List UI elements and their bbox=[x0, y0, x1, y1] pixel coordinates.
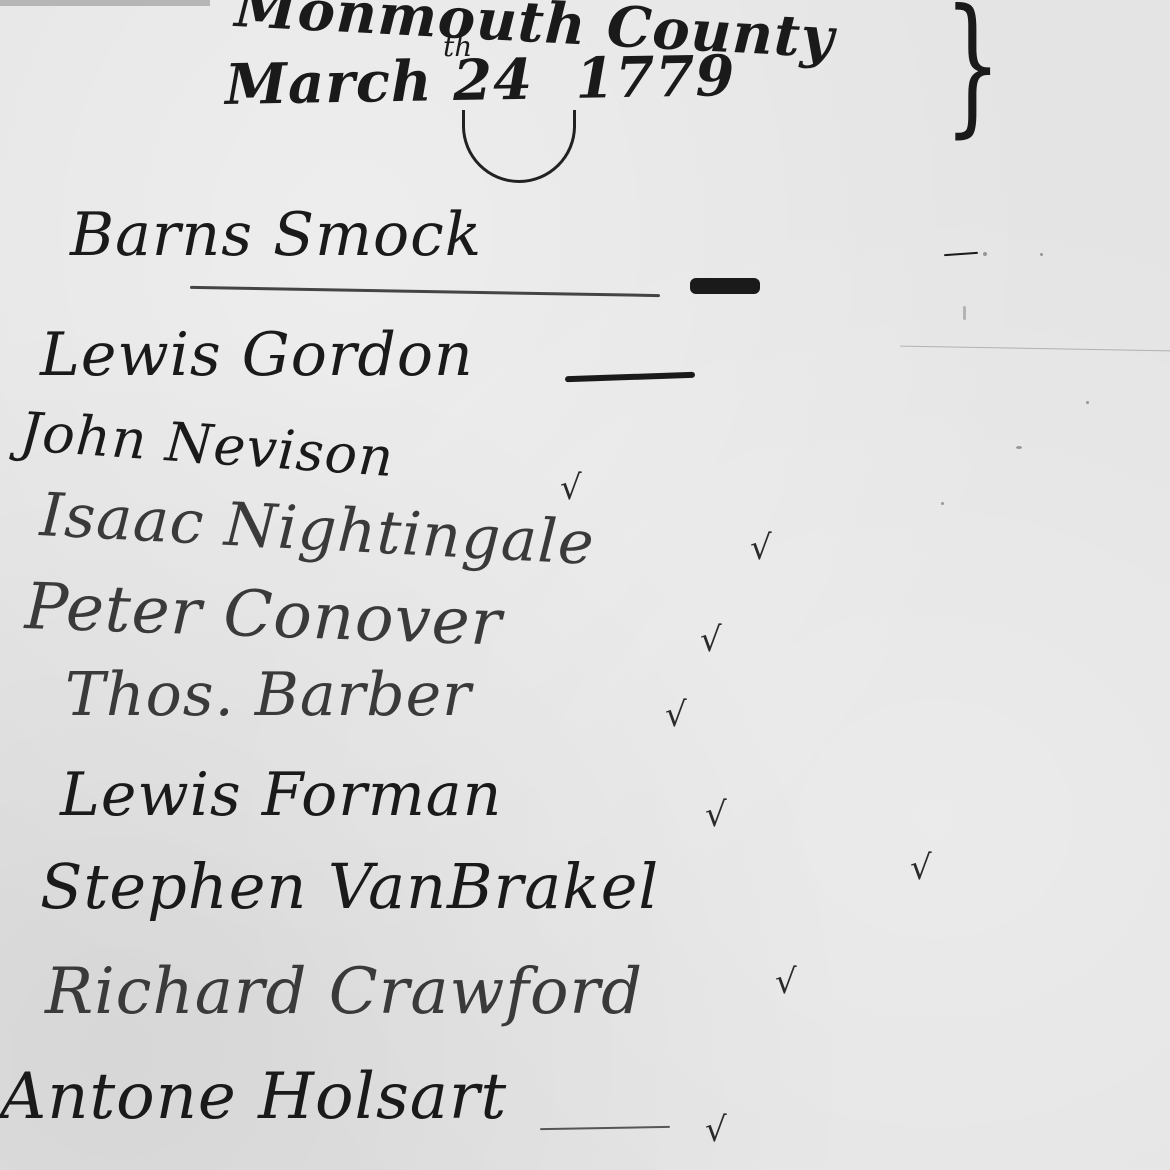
check-mark: √ bbox=[705, 795, 727, 835]
paper-speck bbox=[1016, 446, 1022, 449]
roster-entry-1: Barns Smock bbox=[70, 200, 482, 270]
roster-entry-8: Stephen VanBrakel bbox=[40, 850, 659, 923]
paper-speck bbox=[963, 306, 966, 320]
date-text: March 24 bbox=[224, 47, 533, 118]
check-mark: √ bbox=[750, 528, 772, 568]
check-mark: √ bbox=[705, 1110, 727, 1150]
roster-entry-10: Antone Holsart bbox=[0, 1060, 507, 1134]
paper-speck bbox=[1040, 253, 1043, 256]
check-mark: √ bbox=[665, 695, 687, 735]
check-mark: √ bbox=[910, 848, 932, 888]
ink-dash bbox=[690, 278, 760, 294]
date-year: 1779 bbox=[575, 43, 736, 112]
roster-entry-7: Lewis Forman bbox=[60, 760, 502, 830]
check-mark: √ bbox=[560, 468, 582, 508]
check-mark: √ bbox=[775, 962, 797, 1002]
roster-entry-6: Thos. Barber bbox=[65, 660, 472, 730]
date-superscript: th bbox=[443, 30, 472, 63]
paper-speck bbox=[983, 252, 987, 256]
paper-speck bbox=[941, 502, 944, 505]
roster-entry-2: Lewis Gordon bbox=[40, 320, 474, 390]
curly-brace: } bbox=[944, 0, 1001, 140]
roster-entry-9: Richard Crawford bbox=[45, 955, 643, 1029]
header-date: March 24 1779 bbox=[224, 43, 735, 118]
paper-speck bbox=[1086, 401, 1089, 404]
check-mark: √ bbox=[700, 620, 722, 660]
scan-edge-shadow bbox=[0, 0, 210, 6]
